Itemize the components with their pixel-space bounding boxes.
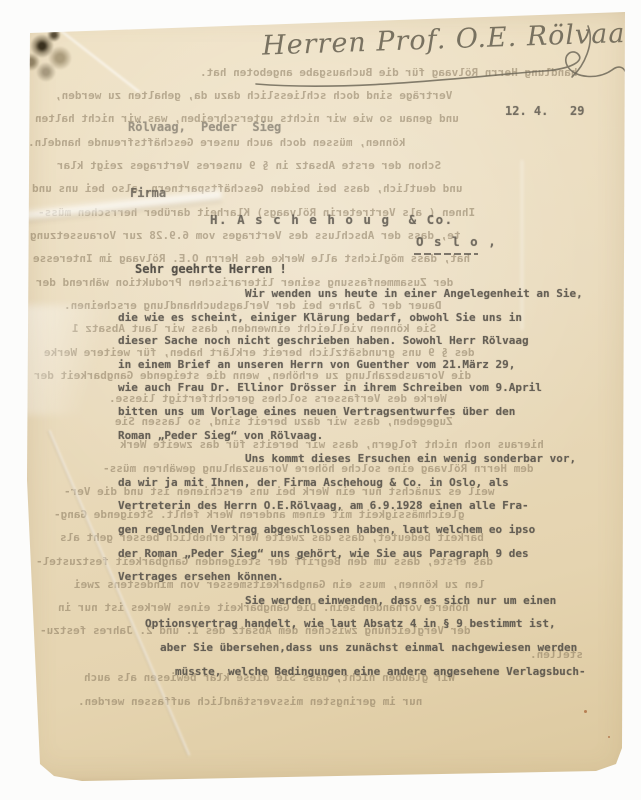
subject-line: Rölvaag, Peder Sieg <box>128 120 281 134</box>
bleedthrough-line: Verträge sind doch schliesslich dazu da,… <box>55 89 452 102</box>
typed-line: gen regelnden Vertrag abgeschlossen habe… <box>118 518 586 542</box>
typed-line: da wir ja mit Ihnen, der Firma Aschehoug… <box>118 471 586 495</box>
city-underline <box>414 253 478 255</box>
paper-speck <box>584 710 587 713</box>
bleedthrough-line: te, dass der Abschluss des Vertrages vom… <box>30 229 460 242</box>
recipient-firma: Firma <box>130 186 166 200</box>
typed-line: Uns kommt dieses Ersuchen ein wenig sond… <box>245 447 586 471</box>
typed-date: 12. 4. 29 <box>505 104 584 118</box>
bleedthrough-line: können, müssen doch auch unsere Geschäft… <box>28 136 406 149</box>
letter-paper: handlung Herrn Rölvaag für die Buchausga… <box>24 10 630 782</box>
bleedthrough-line: nur im geringsten missverständlich auffa… <box>78 695 422 708</box>
paper-speck <box>608 736 610 738</box>
recipient-name: H. A s c h e h o u g & Co. <box>210 212 454 227</box>
typed-line: Roman „Peder Sieg“ von Rölvaag. <box>118 424 586 448</box>
paragraph: Sie werden einwenden, dass es sich nur u… <box>118 589 586 683</box>
typed-line: aber Sie übersehen,dass uns zunächst ein… <box>160 636 586 660</box>
typed-line: Vertrages ersehen können. <box>118 565 586 589</box>
typed-line: wie auch Frau Dr. Ellinor Drösser in ihr… <box>118 376 586 400</box>
bleedthrough-line: und deutlich, dass bei beiden Geschäftsp… <box>32 182 462 195</box>
bleedthrough-line: handlung Herrn Rölvaag für die Buchausga… <box>200 66 578 79</box>
typed-line: Wir wenden uns heute in einer Angelegenh… <box>245 282 586 306</box>
ink-stain <box>18 22 102 106</box>
letter-body: Wir wenden uns heute in einer Angelegenh… <box>118 282 586 683</box>
salutation: Sehr geehrte Herren ! <box>135 262 287 276</box>
bleedthrough-line: Schon der erste Absatz in § 9 unseres Ve… <box>57 159 441 172</box>
handwritten-recipient-note: Herren Prof. O.E. Rölvaag <box>262 17 641 61</box>
typed-line: dieser Sache noch nicht geschrieben habe… <box>118 329 586 353</box>
typed-line: Optionsvertrag handelt, wie laut Absatz … <box>145 612 586 636</box>
paragraph: Uns kommt dieses Ersuchen ein wenig sond… <box>118 447 586 589</box>
typed-line: Sie werden einwenden, dass es sich nur u… <box>245 589 586 613</box>
paragraph: Wir wenden uns heute in einer Angelegenh… <box>118 282 586 447</box>
scanned-letter-background: handlung Herrn Rölvaag für die Buchausga… <box>0 0 641 800</box>
typed-line: der Roman „Peder Sieg“ uns gehört, wie S… <box>118 542 586 566</box>
recipient-city: O s l o , <box>416 234 497 249</box>
typed-line: müsste, welche Bedingungen eine andere a… <box>175 660 586 684</box>
typed-line: bitten uns um Vorlage eines neuen Vertra… <box>118 400 586 424</box>
typed-line: Vertreterin des Herrn O.E.Rölvaag, am 6.… <box>118 494 586 518</box>
typed-line: die wie es scheint, einiger Klärung beda… <box>118 306 586 330</box>
typed-line: in einem Brief an unseren Herrn von Guen… <box>118 353 586 377</box>
